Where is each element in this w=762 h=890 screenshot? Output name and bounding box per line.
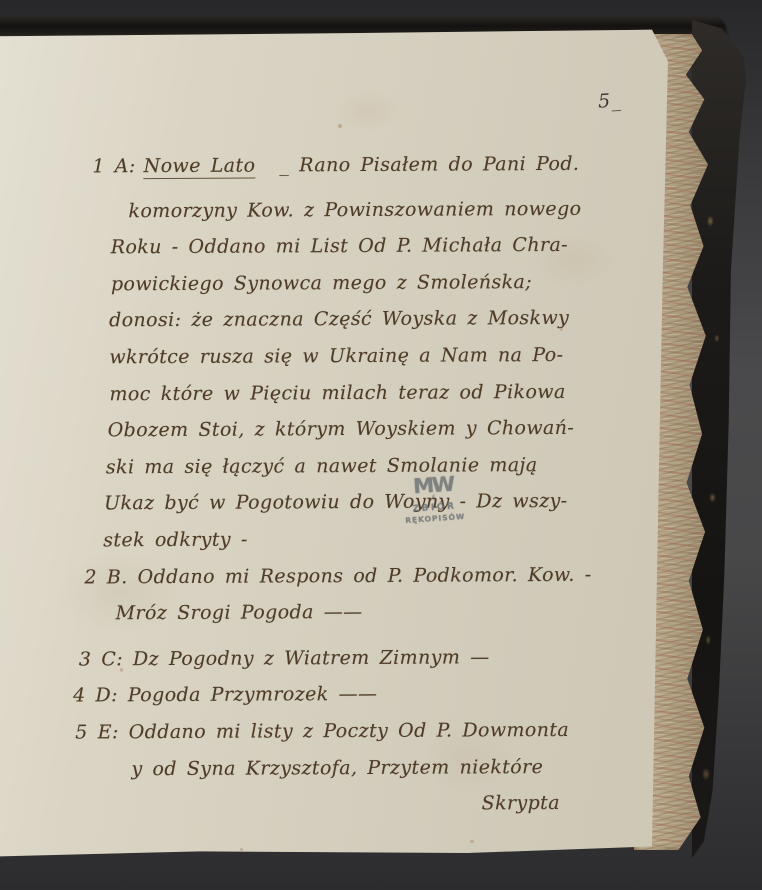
entry-1-line-6: wkrótce rusza się w Ukrainę a Nam na Po- [109,343,644,382]
foxing-speck [470,840,474,843]
manuscript-scan: 5_ 1 A:Nowe Lato_ Rano Pisałem do Pani P… [0,0,762,890]
page-number: 5_ [597,89,622,112]
library-stamp: MW · f · ZBIÓR RĘKOPISÓW [381,474,488,526]
entry-1-line-11: stek odkryty - [103,526,645,565]
foxing-speck [560,328,563,331]
entry-5-line-1: 5 E: Oddano mi listy z Poczty Od P. Dowm… [75,718,646,758]
entry-1-line-7: moc które w Pięciu milach teraz od Pikow… [109,380,644,419]
foxing-speck [338,124,342,128]
entry-4-line-1: 4 D: Pogoda Przymrozek —— [73,682,646,722]
manuscript-page: 5_ 1 A:Nowe Lato_ Rano Pisałem do Pani P… [0,28,668,858]
foxing-speck [120,668,123,672]
entry-5-line-2: y od Syna Krzysztofa, Przytem niektóre [131,755,646,794]
entry-2-line-2: Mróz Srogi Pogoda —— [116,600,646,639]
entry-1-line-1: 1 A:Nowe Lato_ Rano Pisałem do Pani Pod. [92,152,643,191]
entry-1-heading-underlined: Nowe Lato [144,155,256,180]
entry-1-text: _ Rano Pisałem do Pani Pod. [279,153,579,177]
entry-1-number: 1 A: [92,155,135,177]
catchword: Skrypta [482,792,647,829]
handwritten-text-block: 1 A:Nowe Lato_ Rano Pisałem do Pani Pod.… [68,152,647,831]
entry-2-line-1: 2 B. Oddano mi Respons od P. Podkomor. K… [84,563,645,603]
entry-1-line-4: powickiego Synowca mego z Smoleńska; [111,270,644,309]
entry-3-line-1: 3 C: Dz Pogodny z Wiatrem Zimnym — [79,645,646,685]
foxing-speck [240,848,243,851]
entry-1-line-8: Obozem Stoi, z którym Woyskiem y Chowań- [108,417,645,456]
entry-1-line-2: komorzyny Kow. z Powinszowaniem nowego [128,197,643,236]
entry-1-line-5: donosi: że znaczna Część Woyska z Moskwy [109,307,644,346]
entry-1-line-3: Roku - Oddano mi List Od P. Michała Chra… [111,234,644,273]
